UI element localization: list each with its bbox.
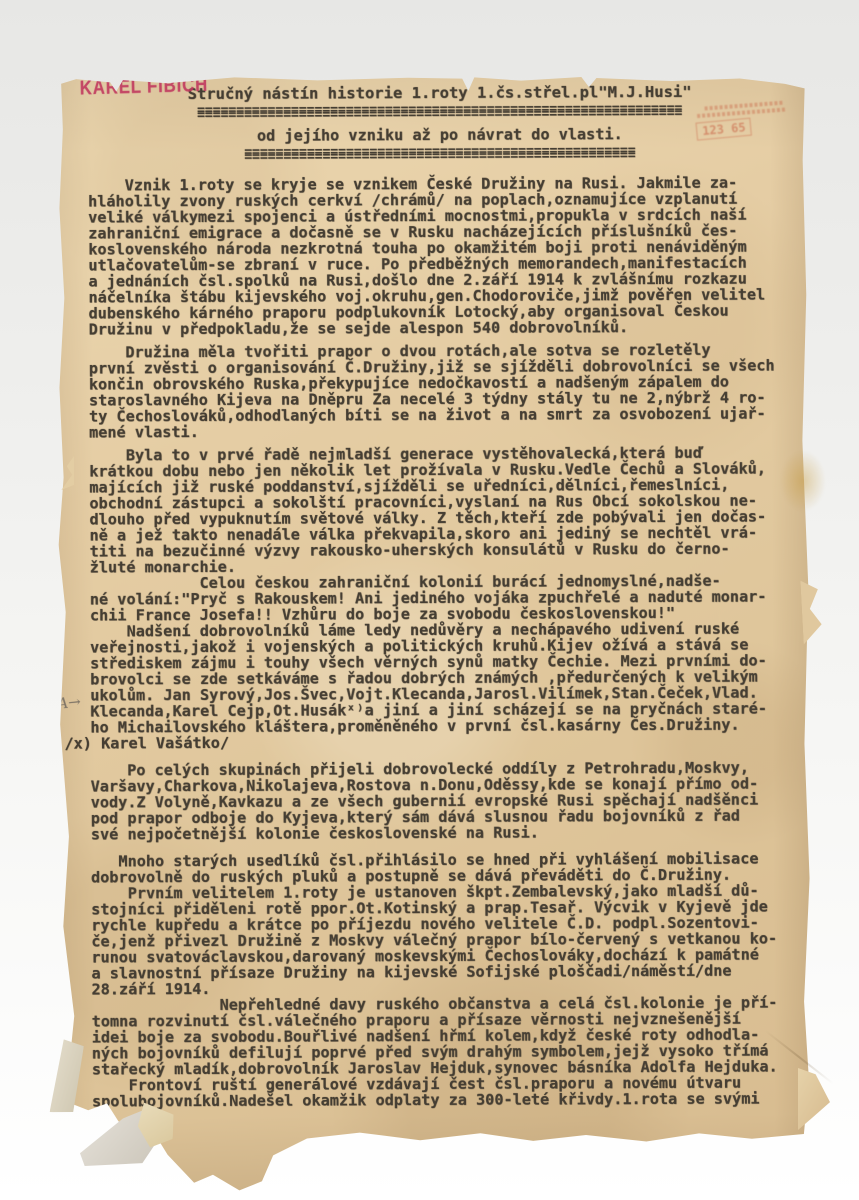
paragraph: Frontoví ruští generálové vzdávají čest … (92, 1074, 796, 1109)
title-underline: ========================================… (88, 105, 792, 118)
footnote-annotation: /x) Karel Vašátko/ (64, 732, 794, 751)
paragraph: Byla to v prvé řadě nejmladší generace v… (89, 444, 794, 575)
archive-stamp: 123 65 (694, 97, 793, 148)
torn-paper-flap (800, 580, 823, 645)
margin-annotation-arrow: A→ (56, 692, 81, 712)
paragraph: Vznik 1.roty se kryje se vznikem České D… (88, 174, 793, 337)
archive-stamp-number: 123 65 (695, 118, 752, 141)
paragraph: Mnoho starých usedlíků čsl.přihlásilo se… (91, 850, 795, 885)
photo-background: KAREL FIBICH 123 65 A→ Stručný nástín hi… (0, 0, 859, 1200)
document-body: Vznik 1.roty se kryje se vznikem České D… (88, 174, 796, 1109)
document-page: KAREL FIBICH 123 65 A→ Stručný nástín hi… (54, 70, 813, 1195)
paragraph: Nadšení dobrovolníků láme ledy nedůvěry … (90, 620, 794, 735)
paragraph: Nepřehledné davy ruského občanstva a cel… (92, 994, 796, 1077)
paragraph: Po celých skupinách přijeli dobrovolecké… (91, 759, 795, 842)
typewritten-content: Stručný nástín historie 1.roty 1.čs.stře… (88, 78, 796, 1109)
paragraph: Prvním velitelem 1.roty je ustanoven škp… (91, 882, 795, 997)
paragraph: Celou českou zahraniční kolonií burácí j… (90, 572, 794, 623)
paragraph: Družina měla tvořiti prapor o dvou rotác… (89, 341, 793, 440)
document-subtitle: od jejího vzniku až po návrat do vlasti. (88, 124, 792, 145)
owner-name-stamp: KAREL FIBICH (80, 74, 209, 101)
subtitle-underline: ========================================… (88, 147, 792, 160)
torn-paper-flap (798, 1068, 830, 1130)
